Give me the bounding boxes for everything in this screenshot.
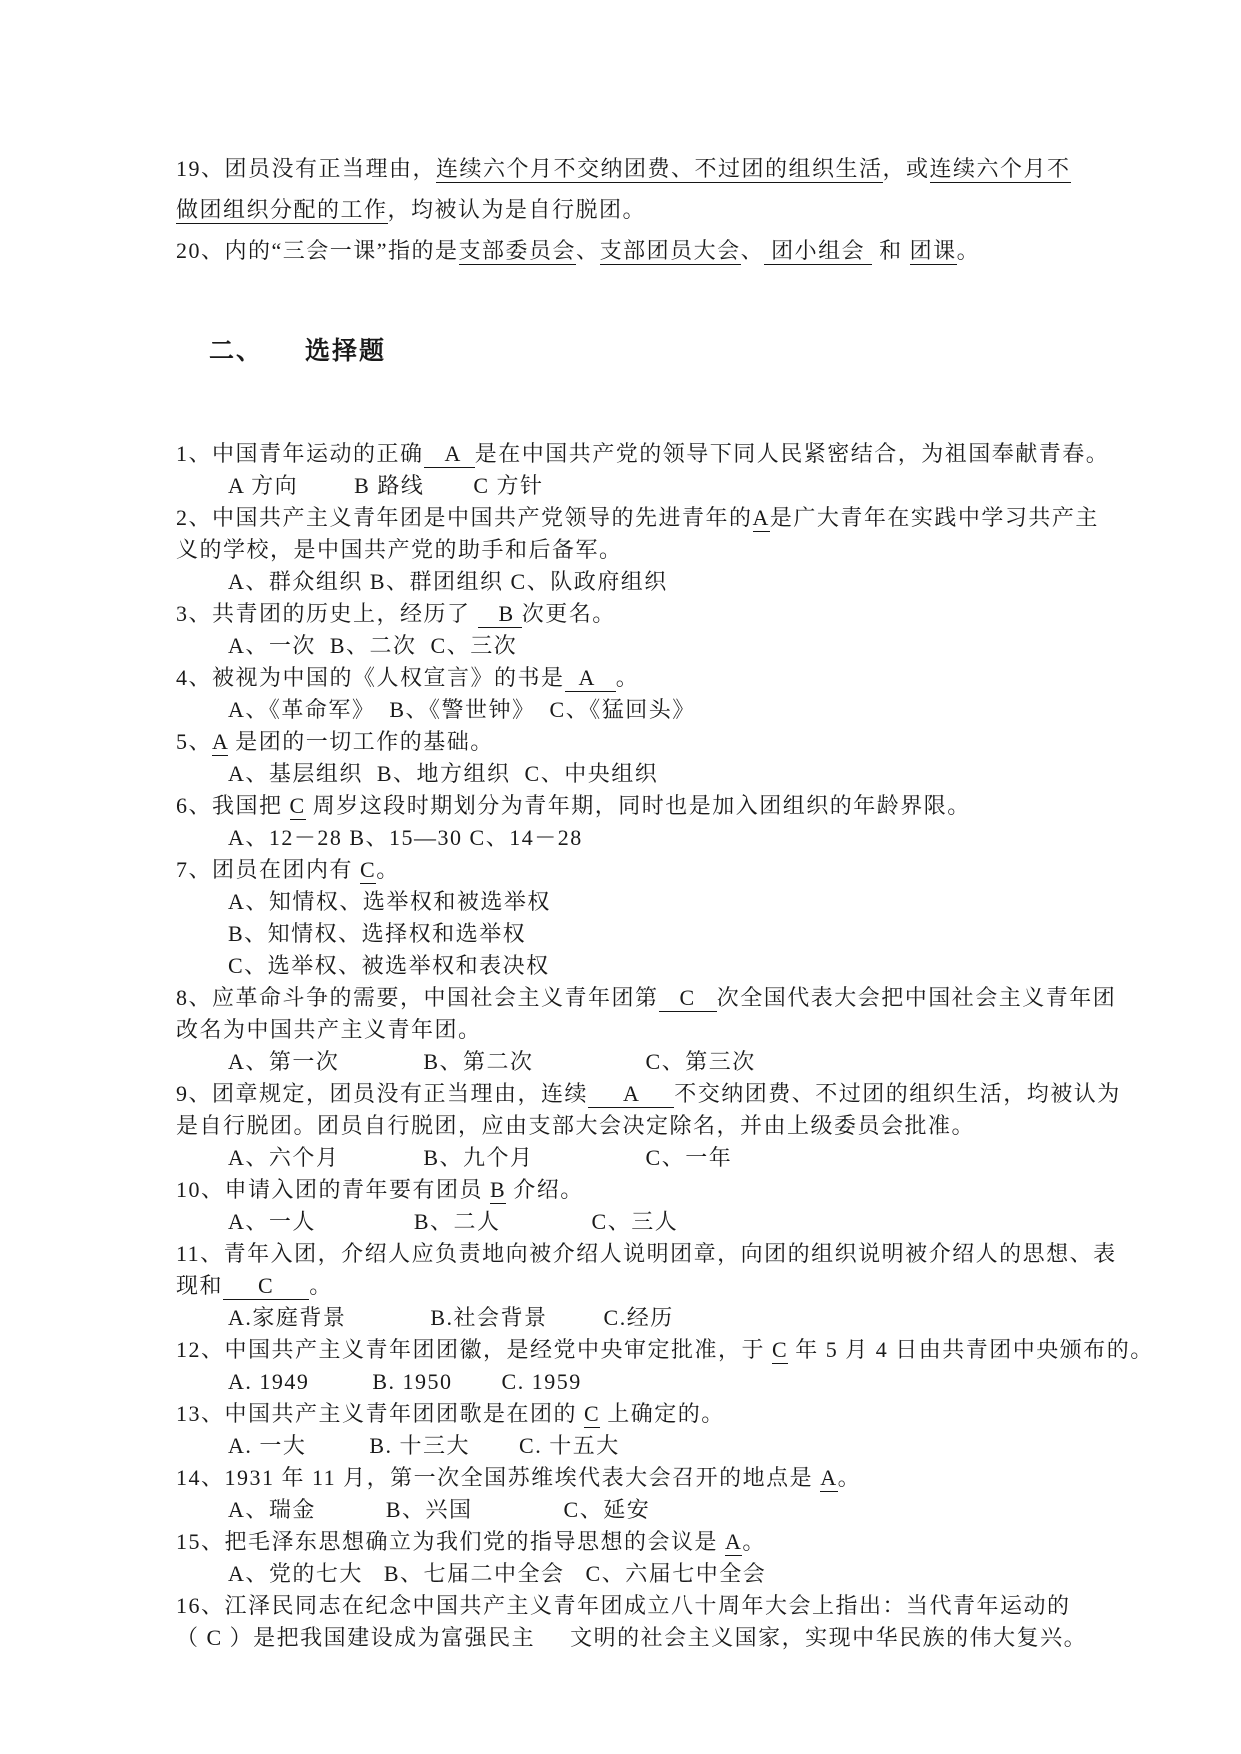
text-segment: A.家庭背景 B.社会背景 C.经历 [228,1305,674,1330]
answer-underline: B [478,601,522,628]
text-segment: A、第一次 B、第二次 C、第三次 [228,1049,756,1074]
answer-underline: C [290,793,306,820]
text-segment: 1、中国青年运动的正确 [176,441,424,466]
multiple-choice-questions-block: 1、中国青年运动的正确 A 是在中国共产党的领导下同人民紧密结合，为祖国奉献青春… [176,438,1136,1654]
choice-question-line: 11、青年入团，介绍人应负责地向被介绍人说明团章，向团的组织说明被介绍人的思想、… [176,1238,1136,1270]
choice-question-line: C、选举权、被选举权和表决权 [176,950,1136,982]
answer-underline: A [820,1465,837,1492]
text-segment: 。 [957,238,981,263]
answer-underline: C [584,1401,600,1428]
answer-underline: A [424,441,475,468]
text-segment: A、瑞金 B、兴国 C、延安 [228,1497,650,1522]
text-segment: 是广大青年在实践中学习共产主 [770,505,1099,530]
text-segment: 现和 [176,1273,223,1298]
text-segment: 和 [872,238,910,263]
choice-question-line: 1、中国青年运动的正确 A 是在中国共产党的领导下同人民紧密结合，为祖国奉献青春… [176,438,1136,470]
choice-question-line: （ C ）是把我国建设成为富强民主 文明的社会主义国家，实现中华民族的伟大复兴。 [176,1622,1136,1654]
text-segment: 义的学校，是中国共产党的助手和后备军。 [176,537,623,562]
answer-underline: 支部团员大会 [600,238,741,265]
text-segment: 上确定的。 [600,1401,725,1426]
answer-underline: 连续六个月不 [930,156,1071,183]
text-segment: 年 5 月 4 日由共青团中央颁布的。 [788,1337,1154,1362]
text-segment: 14、1931 年 11 月，第一次全国苏维埃代表大会召开的地点是 [176,1465,820,1490]
text-segment: 。 [309,1273,333,1298]
choice-question-line: A. 一大 B. 十三大 C. 十五大 [176,1430,1136,1462]
section-heading: 二、选择题 [176,307,1136,397]
choice-question-line: 4、被视为中国的《人权宣言》的书是 A 。 [176,662,1136,694]
answer-underline: A [588,1081,674,1108]
choice-question-line: 15、把毛泽东思想确立为我们党的指导思想的会议是 A。 [176,1526,1136,1558]
text-segment: 16、江泽民同志在纪念中国共产主义青年团成立八十周年大会上指出：当代青年运动的 [176,1593,1071,1618]
fill-question-line: 20、内的“三会一课”指的是支部委员会、支部团员大会、 团小组会 和 团课。 [176,230,1136,271]
text-segment: A、六个月 B、九个月 C、一年 [228,1145,732,1170]
text-segment: A、一人 B、二人 C、三人 [228,1209,678,1234]
text-segment: 15、把毛泽东思想确立为我们党的指导思想的会议是 [176,1529,725,1554]
text-segment: A、12－28 B、15—30 C、14－28 [228,825,583,850]
fill-question-line: 做团组织分配的工作，均被认为是自行脱团。 [176,189,1136,230]
text-segment: 。 [376,857,400,882]
text-segment: A. 一大 B. 十三大 C. 十五大 [228,1433,620,1458]
choice-question-line: A.家庭背景 B.社会背景 C.经历 [176,1302,1136,1334]
text-segment: 7、团员在团内有 [176,857,360,882]
text-segment: 是自行脱团。团员自行脱团，应由支部大会决定除名，并由上级委员会批准。 [176,1113,975,1138]
choice-question-line: A、群众组织 B、群团组织 C、队政府组织 [176,566,1136,598]
text-segment: A、党的七大 B、七届二中全会 C、六届七中全会 [228,1561,766,1586]
text-segment: （ C ）是把我国建设成为富强民主 文明的社会主义国家，实现中华民族的伟大复兴。 [176,1625,1087,1650]
choice-question-line: A 方向 B 路线 C 方针 [176,470,1136,502]
choice-question-line: A、第一次 B、第二次 C、第三次 [176,1046,1136,1078]
answer-underline: A [725,1529,742,1556]
text-segment: 。 [838,1465,862,1490]
text-segment: C、选举权、被选举权和表决权 [228,953,550,978]
text-segment: A. 1949 B. 1950 C. 1959 [228,1369,582,1394]
text-segment: 介绍。 [506,1177,584,1202]
text-segment: 4、被视为中国的《人权宣言》的书是 [176,665,565,690]
choice-question-line: 16、江泽民同志在纪念中国共产主义青年团成立八十周年大会上指出：当代青年运动的 [176,1590,1136,1622]
answer-underline: 做团组织分配的工作 [176,197,388,224]
choice-question-line: A、《革命军》 B、《警世钟》 C、《猛回头》 [176,694,1136,726]
section-number: 二、 [209,338,263,365]
choice-question-line: 6、我国把 C 周岁这段时期划分为青年期，同时也是加入团组织的年龄界限。 [176,790,1136,822]
answer-underline: A [753,505,770,532]
choice-question-line: 3、共青团的历史上，经历了 B 次更名。 [176,598,1136,630]
choice-question-line: A、一人 B、二人 C、三人 [176,1206,1136,1238]
answer-underline: B [490,1177,506,1204]
text-segment: A、《革命军》 B、《警世钟》 C、《猛回头》 [228,697,696,722]
answer-underline: 支部委员会 [459,238,577,265]
answer-underline: 团课 [910,238,957,265]
choice-question-line: 义的学校，是中国共产党的助手和后备军。 [176,534,1136,566]
answer-underline: C [360,857,376,884]
text-segment: 次全国代表大会把中国社会主义青年团 [717,985,1117,1010]
choice-question-line: 14、1931 年 11 月，第一次全国苏维埃代表大会召开的地点是 A。 [176,1462,1136,1494]
text-segment: 12、中国共产主义青年团团徽，是经党中央审定批准，于 [176,1337,772,1362]
answer-underline: 团小组会 [764,238,872,265]
choice-question-line: A、基层组织 B、地方组织 C、中央组织 [176,758,1136,790]
text-segment: ，或 [883,156,930,181]
choice-question-line: 是自行脱团。团员自行脱团，应由支部大会决定除名，并由上级委员会批准。 [176,1110,1136,1142]
choice-question-line: 5、A 是团的一切工作的基础。 [176,726,1136,758]
choice-question-line: A、瑞金 B、兴国 C、延安 [176,1494,1136,1526]
choice-question-line: A、党的七大 B、七届二中全会 C、六届七中全会 [176,1558,1136,1590]
text-segment: 11、青年入团，介绍人应负责地向被介绍人说明团章，向团的组织说明被介绍人的思想、… [176,1241,1117,1266]
text-segment: 10、申请入团的青年要有团员 [176,1177,490,1202]
text-segment: B、知情权、选择权和选举权 [228,921,526,946]
choice-question-line: 9、团章规定，团员没有正当理由，连续 A 不交纳团费、不过团的组织生活，均被认为 [176,1078,1136,1110]
text-segment: 。 [616,665,640,690]
choice-question-line: 现和 C 。 [176,1270,1136,1302]
answer-underline: C [772,1337,788,1364]
choice-question-line: 改名为中国共产主义青年团。 [176,1014,1136,1046]
text-segment: 5、 [176,729,212,754]
text-segment: A、知情权、选举权和被选举权 [228,889,551,914]
text-segment: 不交纳团费、不过团的组织生活，均被认为 [674,1081,1121,1106]
text-segment: A 方向 B 路线 C 方针 [228,473,544,498]
text-segment: 8、应革命斗争的需要，中国社会主义青年团第 [176,985,659,1010]
text-segment: ，均被认为是自行脱团。 [388,197,647,222]
answer-underline: C [223,1273,309,1300]
choice-question-line: A、六个月 B、九个月 C、一年 [176,1142,1136,1174]
choice-question-line: 2、中国共产主义青年团是中国共产党领导的先进青年的A是广大青年在实践中学习共产主 [176,502,1136,534]
text-segment: 。 [742,1529,766,1554]
text-segment: 是在中国共产党的领导下同人民紧密结合，为祖国奉献青春。 [475,441,1110,466]
text-segment: A、基层组织 B、地方组织 C、中央组织 [228,761,658,786]
choice-question-line: A、知情权、选举权和被选举权 [176,886,1136,918]
text-segment: 2、中国共产主义青年团是中国共产党领导的先进青年的 [176,505,753,530]
text-segment: 次更名。 [522,601,616,626]
text-segment: 9、团章规定，团员没有正当理由，连续 [176,1081,588,1106]
text-segment: 周岁这段时期划分为青年期，同时也是加入团组织的年龄界限。 [306,793,971,818]
text-segment: 19、团员没有正当理由， [176,156,436,181]
section-title: 选择题 [305,338,386,365]
answer-underline: C [659,985,717,1012]
document-page: 19、团员没有正当理由，连续六个月不交纳团费、不过团的组织生活，或连续六个月不做… [176,148,1136,1654]
text-segment: 改名为中国共产主义青年团。 [176,1017,482,1042]
fill-question-line: 19、团员没有正当理由，连续六个月不交纳团费、不过团的组织生活，或连续六个月不 [176,148,1136,189]
choice-question-line: 12、中国共产主义青年团团徽，是经党中央审定批准，于 C 年 5 月 4 日由共… [176,1334,1136,1366]
text-segment: A、群众组织 B、群团组织 C、队政府组织 [228,569,668,594]
choice-question-line: 7、团员在团内有 C。 [176,854,1136,886]
text-segment: 13、中国共产主义青年团团歌是在团的 [176,1401,584,1426]
choice-question-line: 8、应革命斗争的需要，中国社会主义青年团第 C 次全国代表大会把中国社会主义青年… [176,982,1136,1014]
answer-underline: A [565,665,616,692]
fill-in-blank-questions-block: 19、团员没有正当理由，连续六个月不交纳团费、不过团的组织生活，或连续六个月不做… [176,148,1136,271]
choice-question-line: 10、申请入团的青年要有团员 B 介绍。 [176,1174,1136,1206]
text-segment: 、 [741,238,765,263]
text-segment: A、一次 B、二次 C、三次 [228,633,517,658]
text-segment: 是团的一切工作的基础。 [228,729,494,754]
choice-question-line: B、知情权、选择权和选举权 [176,918,1136,950]
text-segment: 20、内的“三会一课”指的是 [176,238,459,263]
answer-underline: 连续六个月不交纳团费、不过团的组织生活 [436,156,883,183]
choice-question-line: 13、中国共产主义青年团团歌是在团的 C 上确定的。 [176,1398,1136,1430]
choice-question-line: A. 1949 B. 1950 C. 1959 [176,1366,1136,1398]
choice-question-line: A、一次 B、二次 C、三次 [176,630,1136,662]
choice-question-line: A、12－28 B、15—30 C、14－28 [176,822,1136,854]
text-segment: 、 [576,238,600,263]
answer-underline: A [212,729,228,756]
text-segment: 6、我国把 [176,793,290,818]
text-segment: 3、共青团的历史上，经历了 [176,601,478,626]
